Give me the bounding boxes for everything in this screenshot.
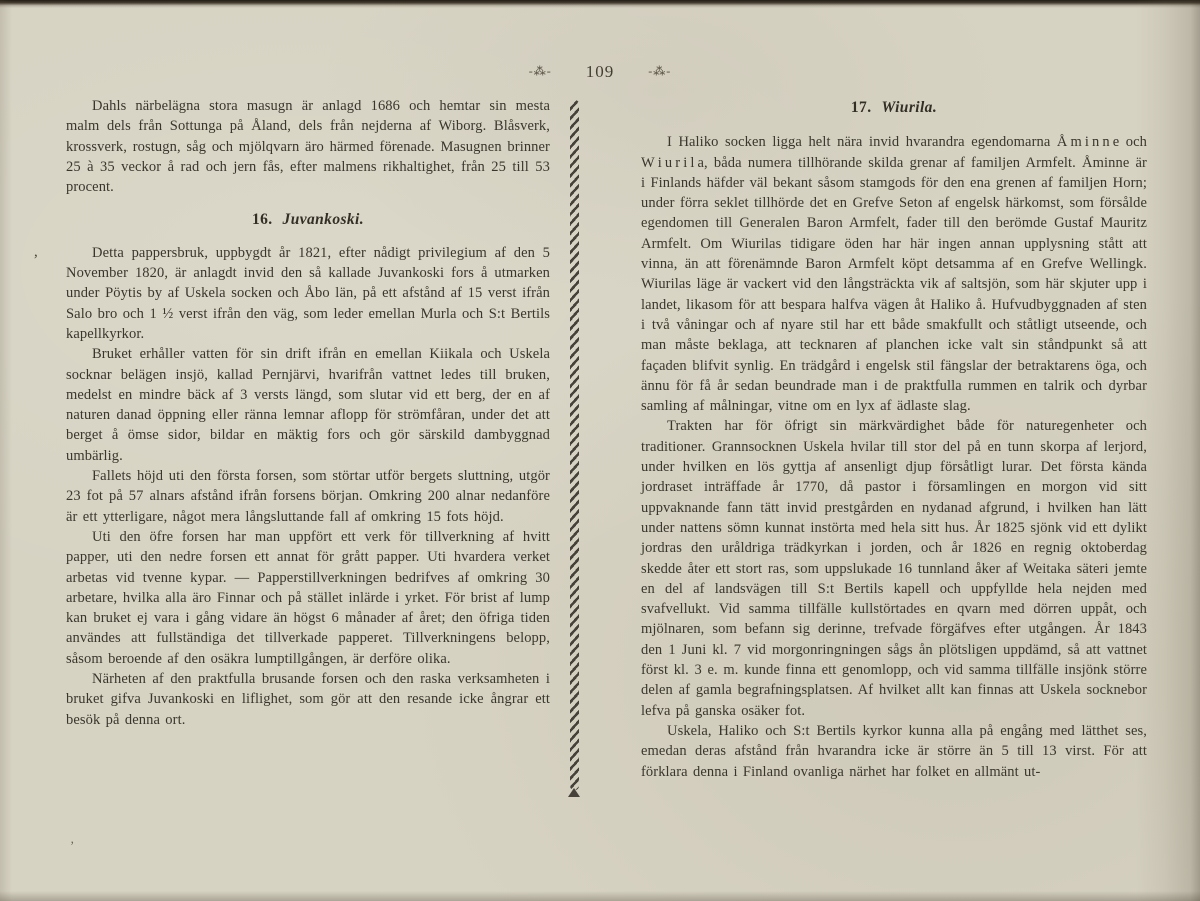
paragraph-vatten-drift: Bruket erhåller vatten för sin drift ifr… bbox=[66, 344, 550, 466]
section-number: 16. bbox=[252, 211, 273, 228]
gutter-rope-ornament bbox=[570, 100, 579, 790]
section-title: Juvankoski. bbox=[283, 211, 364, 228]
paragraph-ofre-forsen: Uti den öfre forsen har man uppfört ett … bbox=[66, 527, 550, 669]
section-number: 17. bbox=[851, 99, 872, 116]
scan-edge-bottom bbox=[0, 891, 1200, 901]
margin-mark: , bbox=[34, 244, 38, 261]
paragraph-pappersbruk: Detta pappersbruk, uppbygdt år 1821, eft… bbox=[66, 243, 550, 344]
paragraph-trakten: Trakten har för öfrigt sin märkvärdighet… bbox=[641, 416, 1147, 720]
scan-edge-left bbox=[0, 0, 12, 901]
page-number: 109 bbox=[586, 62, 615, 81]
book-page-scan: -⁂-109-⁂- Dahls närbelägna stora masugn … bbox=[0, 0, 1200, 901]
right-column: 17.Wiurila. I Haliko socken ligga helt n… bbox=[641, 96, 1147, 782]
paragraph-dahls-masugn: Dahls närbelägna stora masugn är anlagd … bbox=[66, 96, 550, 197]
scan-edge-top bbox=[0, 0, 1200, 8]
left-column: Dahls närbelägna stora masugn är anlagd … bbox=[66, 96, 550, 730]
section-title: Wiurila. bbox=[881, 99, 937, 116]
paragraph-narheten: Närheten af den praktfulla brusande fors… bbox=[66, 669, 550, 730]
section-heading-wiurila: 17.Wiurila. bbox=[641, 98, 1147, 118]
ornament-right: -⁂- bbox=[648, 64, 671, 78]
ornament-left: -⁂- bbox=[529, 64, 552, 78]
section-heading-juvankoski: 16.Juvankoski. bbox=[66, 210, 550, 230]
paragraph-haliko-socken: I Haliko socken ligga helt nära invid hv… bbox=[641, 132, 1147, 416]
paragraph-kyrkor: Uskela, Haliko och S:t Bertils kyrkor ku… bbox=[641, 721, 1147, 782]
running-head: -⁂-109-⁂- bbox=[0, 62, 1200, 82]
paragraph-fallets-hojd: Fallets höjd uti den första forsen, som … bbox=[66, 466, 550, 527]
scan-edge-right bbox=[1136, 0, 1200, 901]
stray-mark: ’ bbox=[70, 838, 74, 854]
